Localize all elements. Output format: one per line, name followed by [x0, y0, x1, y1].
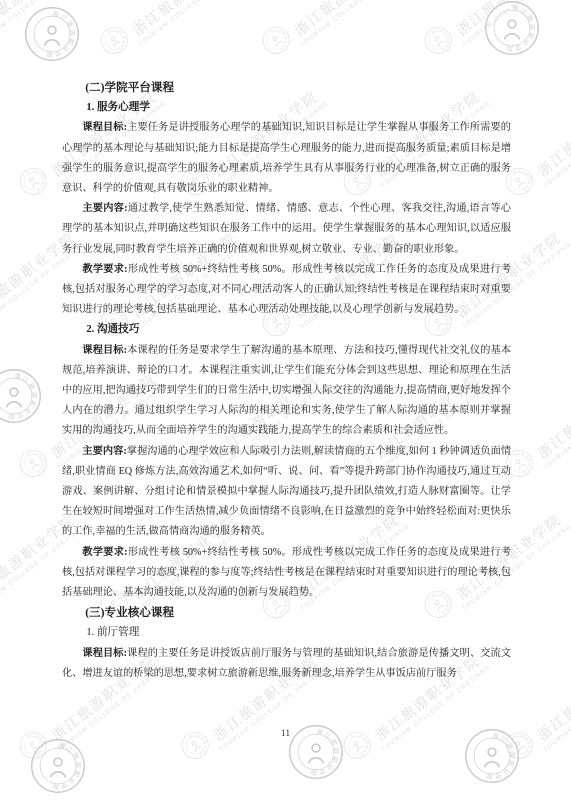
communication-objectives-paragraph: 课程目标:本课程的任务是要求学生了解沟通的基本原理、方法和技巧,懂得现代社交礼仪…: [62, 341, 511, 442]
watermark-tile: 浙江旅游职业学院浙江旅游职业学院TOURISM COLLEGE OF ZHEJI…: [525, 362, 571, 476]
college-seal-icon: 浙江旅游职业学院: [0, 368, 42, 424]
document-content: (二)学院平台课程 1. 服务心理学 课程目标:主要任务是讲授服务心理学的基础知…: [62, 78, 511, 684]
svg-text:浙江旅游职业学院: 浙江旅游职业学院: [504, 3, 537, 53]
watermark-tile: 浙江旅游职业学院浙江旅游职业学院TOURISM COLLEGE OF ZHEJI…: [0, 0, 92, 52]
corner-stamp-seal: 浙江旅游职业学院: [0, 368, 42, 429]
watermark-tile: 浙江旅游职业学院浙江旅游职业学院TOURISM COLLEGE OF ZHEJI…: [525, 644, 571, 758]
service-psychology-requirements-paragraph: 教学要求:形成性考核 50%+终结性考核 50%。形成性考核以完成工作任务的态度…: [62, 260, 511, 321]
content-text: 通过教学,使学生熟悉知觉、情绪、情感、意志、个性心理、客我交往,沟通,语言等心理…: [62, 203, 511, 254]
college-seal-icon: 浙江旅游职业学院: [95, 21, 134, 60]
corner-stamp-seal: 浙江旅游职业学院: [484, 0, 540, 61]
section-heading-platform-courses: (二)学院平台课程: [62, 78, 511, 98]
watermark-en-text: TOURISM COLLEGE OF ZHEJIANG: [295, 0, 417, 52]
document-page: 浙江旅游职业学院浙江旅游职业学院TOURISM COLLEGE OF ZHEJI…: [0, 0, 571, 808]
watermark-cn-text: 浙江旅游职业学院: [525, 362, 571, 470]
objectives-text: 主要任务是讲授服务心理学的基础知识,知识目标是让学生掌握从事服务工作所需要的心理…: [62, 122, 511, 194]
corner-stamp-seal: 浙江旅游职业学院: [24, 6, 80, 67]
watermark-cn-text: 浙江旅游职业学院: [120, 0, 251, 47]
requirements-text: 形成性考核 50%+终结性考核 50%。形成性考核以完成工作任务的态度及成果进行…: [62, 547, 511, 598]
watermark-tile: 浙江旅游职业学院浙江旅游职业学院TOURISM COLLEGE OF ZHEJI…: [120, 0, 255, 52]
watermark-en-text: TOURISM COLLEGE OF ZHEJIANG: [538, 96, 571, 193]
watermark-tile: 浙江旅游职业学院浙江旅游职业学院TOURISM COLLEGE OF ZHEJI…: [525, 80, 571, 194]
requirements-label: 教学要求:: [82, 264, 127, 275]
course-title-communication-skills: 2. 沟通技巧: [62, 320, 511, 340]
content-text: 掌握沟通的心理学效应和人际吸引力法则,解读情商的五个维度,如何 1 秒钟调适负面…: [62, 446, 511, 538]
service-psychology-content-paragraph: 主要内容:通过教学,使学生熟悉知觉、情绪、情感、意志、个性心理、客我交往,沟通,…: [62, 199, 511, 260]
watermark-en-text: TOURISM COLLEGE OF ZHEJIANG: [133, 0, 255, 52]
college-seal-icon: 浙江旅游职业学院: [257, 21, 296, 60]
svg-text:浙江旅游职业学院: 浙江旅游职业学院: [50, 741, 83, 791]
watermark-en-text: TOURISM COLLEGE OF ZHEJIANG: [0, 0, 92, 52]
watermark-tile: 浙江旅游职业学院浙江旅游职业学院TOURISM COLLEGE OF ZHEJI…: [444, 0, 571, 52]
svg-text:浙江旅游职业学院: 浙江旅游职业学院: [6, 371, 39, 421]
watermark-cn-text: 浙江旅游职业学院: [282, 0, 413, 47]
content-label: 主要内容:: [82, 446, 126, 457]
college-seal-icon: 浙江旅游职业学院: [14, 162, 53, 201]
service-psychology-objectives-paragraph: 课程目标:主要任务是讲授服务心理学的基础知识,知识目标是让学生掌握从事服务工作所…: [62, 118, 511, 199]
page-number: 11: [0, 729, 571, 739]
college-seal-icon: 浙江旅游职业学院: [14, 444, 53, 483]
corner-stamp-seal: 浙江旅游职业学院: [30, 738, 86, 799]
requirements-text: 形成性考核 50%+终结性考核 50%。形成性考核以完成工作任务的态度及成果进行…: [62, 264, 511, 315]
watermark-en-text: TOURISM COLLEGE OF ZHEJIANG: [538, 660, 571, 757]
college-seal-icon: 浙江旅游职业学院: [484, 0, 540, 56]
svg-text:浙江旅游职业学院: 浙江旅游职业学院: [427, 22, 457, 53]
svg-text:浙江旅游职业学院: 浙江旅游职业学院: [22, 445, 52, 476]
requirements-label: 教学要求:: [82, 547, 127, 558]
svg-text:浙江旅游职业学院: 浙江旅游职业学院: [508, 445, 538, 476]
objectives-text: 课程的主要任务是讲授饭店前厅服务与管理的基础知识,结合旅游是传播文明、交流文化、…: [62, 648, 511, 679]
course-title-service-psychology: 1. 服务心理学: [62, 98, 511, 118]
objectives-label: 课程目标:: [82, 122, 127, 133]
course-title-front-office: 1. 前厅管理: [62, 623, 511, 643]
college-seal-icon: 浙江旅游职业学院: [419, 21, 458, 60]
section-heading-core-courses: (三)专业核心课程: [62, 603, 511, 623]
svg-text:浙江旅游职业学院: 浙江旅游职业学院: [103, 22, 133, 53]
watermark-cn-text: 浙江旅游职业学院: [444, 0, 571, 47]
objectives-text: 本课程的任务是要求学生了解沟通的基本原理、方法和技巧,懂得现代社交礼仪的基本规范…: [62, 345, 511, 437]
content-label: 主要内容:: [82, 203, 127, 214]
watermark-tile: 浙江旅游职业学院浙江旅游职业学院TOURISM COLLEGE OF ZHEJI…: [282, 0, 417, 52]
objectives-label: 课程目标:: [82, 648, 127, 659]
communication-content-paragraph: 主要内容:掌握沟通的心理学效应和人际吸引力法则,解读情商的五个维度,如何 1 秒…: [62, 442, 511, 543]
objectives-label: 课程目标:: [82, 345, 127, 356]
svg-text:浙江旅游职业学院: 浙江旅游职业学院: [44, 9, 77, 59]
watermark-en-text: TOURISM COLLEGE OF ZHEJIANG: [457, 0, 571, 52]
svg-text:浙江旅游职业学院: 浙江旅游职业学院: [22, 163, 52, 194]
college-seal-icon: 浙江旅游职业学院: [30, 738, 86, 794]
communication-requirements-paragraph: 教学要求:形成性考核 50%+终结性考核 50%。形成性考核以完成工作任务的态度…: [62, 543, 511, 604]
front-office-objectives-paragraph: 课程目标:课程的主要任务是讲授饭店前厅服务与管理的基础知识,结合旅游是传播文明、…: [62, 644, 511, 684]
watermark-en-text: TOURISM COLLEGE OF ZHEJIANG: [538, 378, 571, 475]
svg-text:浙江旅游职业学院: 浙江旅游职业学院: [508, 163, 538, 194]
college-seal-icon: 浙江旅游职业学院: [24, 6, 80, 62]
watermark-cn-text: 浙江旅游职业学院: [525, 80, 571, 188]
watermark-cn-text: 浙江旅游职业学院: [0, 0, 88, 47]
svg-text:浙江旅游职业学院: 浙江旅游职业学院: [265, 22, 295, 53]
